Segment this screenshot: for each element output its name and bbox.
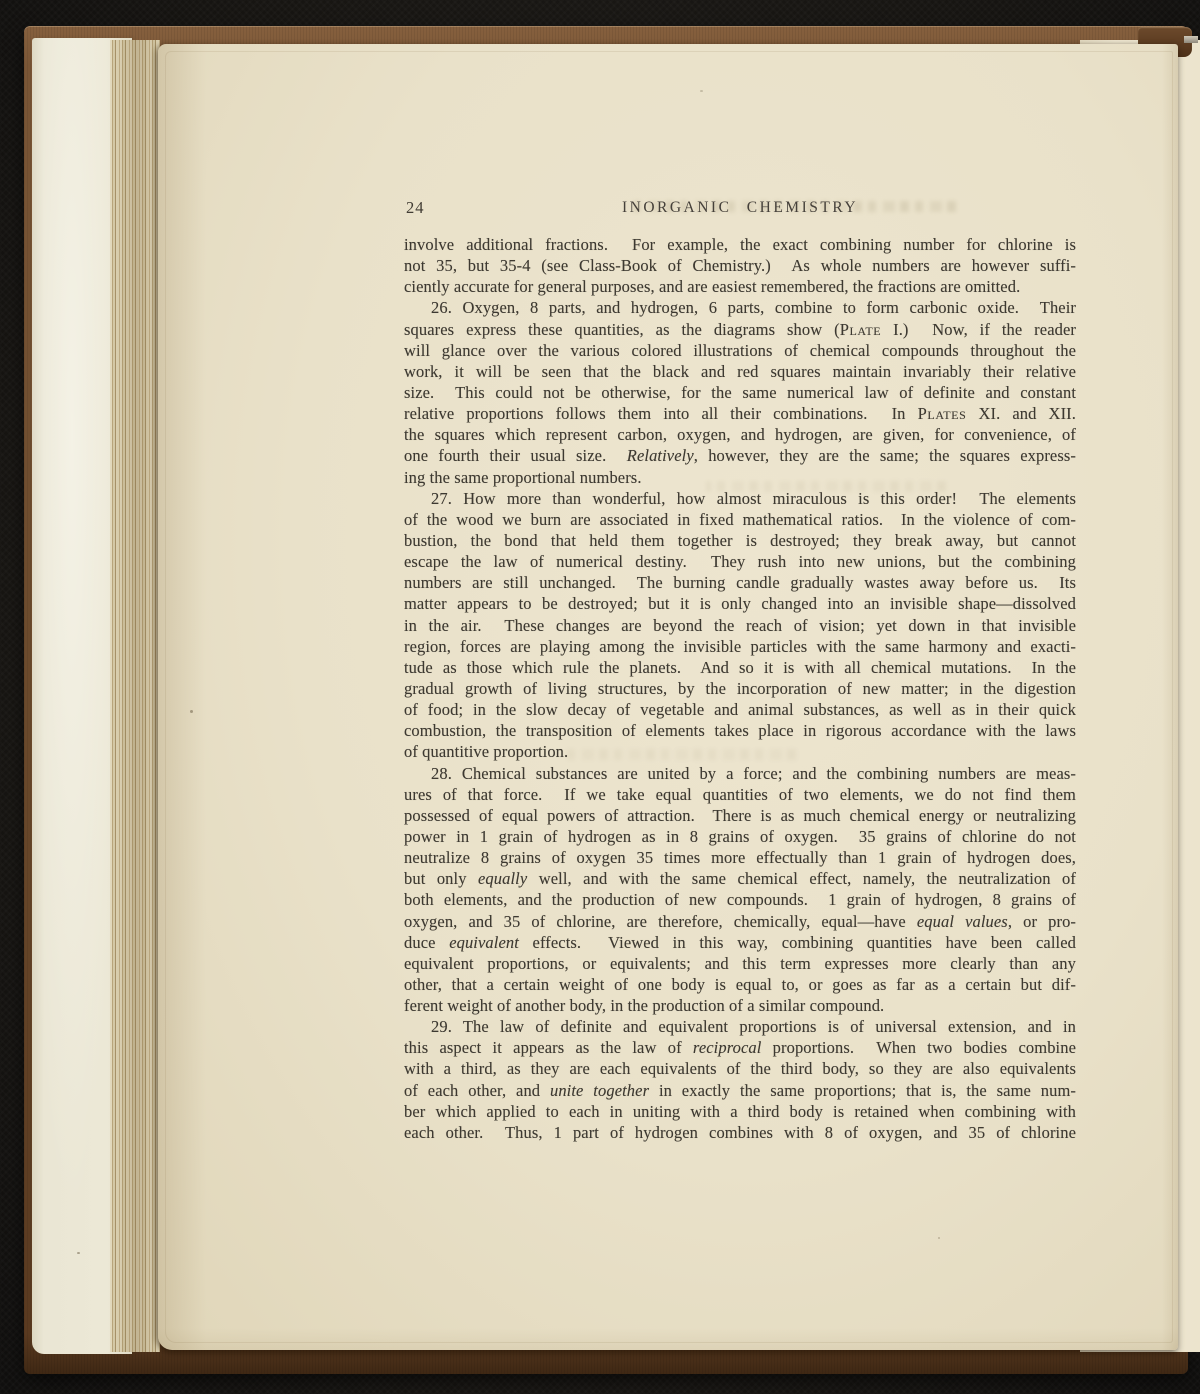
running-header-title: INORGANIC CHEMISTRY (404, 196, 1076, 217)
cover-corner-sliver (1184, 36, 1198, 43)
text-line: ferent weight of another body, in the pr… (404, 995, 1076, 1016)
text-line: neutralize 8 grains of oxygen 35 times m… (404, 847, 1076, 868)
text-line: 27. How more than wonderful, how almost … (404, 488, 1076, 509)
paper-speck (700, 90, 703, 92)
text-line: bustion, the bond that held them togethe… (404, 530, 1076, 551)
text-segment: not 35, but 35-4 (see Class-Book of Chem… (404, 256, 1076, 275)
text-segment: well, and with the same chemical effect,… (527, 869, 1076, 888)
text-segment: , or pro- (1008, 912, 1076, 931)
text-line: equivalent proportions, or equivalents; … (404, 953, 1076, 974)
text-segment: 28. Chemical substances are united by a … (431, 764, 1076, 783)
text-segment: numbers are still unchanged. The burning… (404, 573, 1076, 592)
text-segment: bustion, the bond that held them togethe… (404, 531, 1076, 550)
text-line: involve additional fractions. For exampl… (404, 234, 1076, 255)
page-number: 24 (406, 198, 425, 218)
text-segment: neutralize 8 grains of oxygen 35 times m… (404, 848, 1076, 867)
page-edge-stack (110, 40, 160, 1352)
text-line: one fourth their usual size. Relatively,… (404, 445, 1076, 466)
italic-text: reciprocal (693, 1038, 762, 1057)
text-line: other, that a certain weight of one body… (404, 974, 1076, 995)
text-segment: , however, they are the same; the square… (694, 446, 1076, 465)
paper-speck (190, 710, 193, 713)
text-segment: tude as those which rule the planets. An… (404, 658, 1076, 677)
text-line: of the wood we burn are associated in fi… (404, 509, 1076, 530)
text-segment: 29. The law of definite and equivalent p… (431, 1017, 1076, 1036)
text-segment: will glance over the various colored ill… (404, 341, 1076, 360)
text-segment: of each other, and (404, 1081, 550, 1100)
text-segment: of food; in the slow decay of vegetable … (404, 700, 1076, 719)
text-segment: combustion, the transposition of element… (404, 721, 1076, 740)
text-line: combustion, the transposition of element… (404, 720, 1076, 741)
text-segment: power in 1 grain of hydrogen as in 8 gra… (404, 827, 1076, 846)
italic-text: equally (478, 869, 527, 888)
italic-text: unite together (550, 1081, 649, 1100)
text-segment: both elements, and the production of new… (404, 890, 1076, 909)
text-line: oxygen, and 35 of chlorine, are therefor… (404, 911, 1076, 932)
text-line: ciently accurate for general purposes, a… (404, 276, 1076, 297)
text-line: ures of that force. If we take equal qua… (404, 784, 1076, 805)
text-segment: ciently accurate for general purposes, a… (404, 277, 1020, 296)
text-segment: each other. Thus, 1 part of hydrogen com… (404, 1123, 1076, 1142)
text-segment: ferent weight of another body, in the pr… (404, 996, 884, 1015)
text-line: squares express these quantities, as the… (404, 319, 1076, 340)
text-line: of food; in the slow decay of vegetable … (404, 699, 1076, 720)
book-page: 24 INORGANIC CHEMISTRY involve additiona… (158, 44, 1178, 1350)
text-segment: oxygen, and 35 of chlorine, are therefor… (404, 912, 917, 931)
text-line: 28. Chemical substances are united by a … (404, 763, 1076, 784)
text-segment: ber which applied to each in uniting wit… (404, 1102, 1076, 1121)
text-line: in the air. These changes are beyond the… (404, 615, 1076, 636)
text-line: power in 1 grain of hydrogen as in 8 gra… (404, 826, 1076, 847)
text-segment: of quantitive proportion. (404, 742, 568, 761)
paper-speck (1046, 500, 1048, 502)
paper-speck (938, 1237, 940, 1239)
italic-text: equal values (917, 912, 1008, 931)
italic-text: equivalent (449, 933, 519, 952)
text-segment: matter appears to be destroyed; but it i… (404, 594, 1076, 613)
paper-speck (77, 1252, 80, 1254)
text-segment: size. This could not be otherwise, for t… (404, 383, 1076, 402)
text-line: both elements, and the production of new… (404, 889, 1076, 910)
text-line: escape the law of numerical destiny. The… (404, 551, 1076, 572)
text-line: with a third, as they are each equivalen… (404, 1058, 1076, 1079)
text-segment: involve additional fractions. For exampl… (404, 235, 1076, 254)
text-segment: escape the law of numerical destiny. The… (404, 552, 1076, 571)
text-line: 29. The law of definite and equivalent p… (404, 1016, 1076, 1037)
text-segment: work, it will be seen that the black and… (404, 362, 1076, 381)
text-segment: relative proportions follows them into a… (404, 404, 918, 423)
text-segment: possessed of equal powers of attraction.… (404, 806, 1076, 825)
italic-text: Relatively (627, 446, 694, 465)
text-line: numbers are still unchanged. The burning… (404, 572, 1076, 593)
running-head: 24 INORGANIC CHEMISTRY (404, 196, 1076, 218)
text-line: matter appears to be destroyed; but it i… (404, 593, 1076, 614)
text-segment: this aspect it appears as the law of (404, 1038, 693, 1057)
text-line: not 35, but 35-4 (see Class-Book of Chem… (404, 255, 1076, 276)
text-segment: effects. Viewed in this way, combining q… (519, 933, 1076, 952)
text-line: size. This could not be otherwise, for t… (404, 382, 1076, 403)
small-caps-text: Plate (840, 320, 882, 339)
text-line: 26. Oxygen, 8 parts, and hydrogen, 6 par… (404, 297, 1076, 318)
text-segment: proportions. When two bodies combine (761, 1038, 1076, 1057)
text-line: of quantitive proportion. (404, 741, 1076, 762)
text-line: each other. Thus, 1 part of hydrogen com… (404, 1122, 1076, 1143)
text-line: ing the same proportional numbers. (404, 467, 1076, 488)
text-segment: in exactly the same proportions; that is… (649, 1081, 1076, 1100)
text-segment: the squares which represent carbon, oxyg… (404, 425, 1076, 444)
text-segment: with a third, as they are each equivalen… (404, 1059, 1076, 1078)
text-segment: but only (404, 869, 478, 888)
text-line: tude as those which rule the planets. An… (404, 657, 1076, 678)
text-segment: 27. How more than wonderful, how almost … (431, 489, 1076, 508)
text-segment: other, that a certain weight of one body… (404, 975, 1076, 994)
text-line: work, it will be seen that the black and… (404, 361, 1076, 382)
text-segment: one fourth their usual size. (404, 446, 627, 465)
text-segment: of the wood we burn are associated in fi… (404, 510, 1076, 529)
text-line: of each other, and unite together in exa… (404, 1080, 1076, 1101)
text-line: region, forces are playing among the inv… (404, 636, 1076, 657)
text-segment: in the air. These changes are beyond the… (404, 616, 1076, 635)
body-text: involve additional fractions. For exampl… (404, 234, 1076, 1143)
text-line: but only equally well, and with the same… (404, 868, 1076, 889)
text-segment: ing the same proportional numbers. (404, 468, 642, 487)
text-line: this aspect it appears as the law of rec… (404, 1037, 1076, 1058)
text-segment: ures of that force. If we take equal qua… (404, 785, 1076, 804)
text-segment: I.) Now, if the reader (881, 320, 1076, 339)
photo-backdrop: 24 INORGANIC CHEMISTRY involve additiona… (0, 0, 1200, 1394)
text-segment: gradual growth of living structures, by … (404, 679, 1076, 698)
text-line: gradual growth of living structures, by … (404, 678, 1076, 699)
text-line: will glance over the various colored ill… (404, 340, 1076, 361)
text-line: duce equivalent effects. Viewed in this … (404, 932, 1076, 953)
text-segment: region, forces are playing among the inv… (404, 637, 1076, 656)
text-line: possessed of equal powers of attraction.… (404, 805, 1076, 826)
text-line: the squares which represent carbon, oxyg… (404, 424, 1076, 445)
text-segment: equivalent proportions, or equivalents; … (404, 954, 1076, 973)
text-segment: 26. Oxygen, 8 parts, and hydrogen, 6 par… (431, 298, 1076, 317)
text-line: ber which applied to each in uniting wit… (404, 1101, 1076, 1122)
text-segment: squares express these quantities, as the… (404, 320, 840, 339)
text-segment: duce (404, 933, 449, 952)
text-line: relative proportions follows them into a… (404, 403, 1076, 424)
small-caps-text: Plates (918, 404, 967, 423)
text-segment: XI. and XII. (966, 404, 1076, 423)
